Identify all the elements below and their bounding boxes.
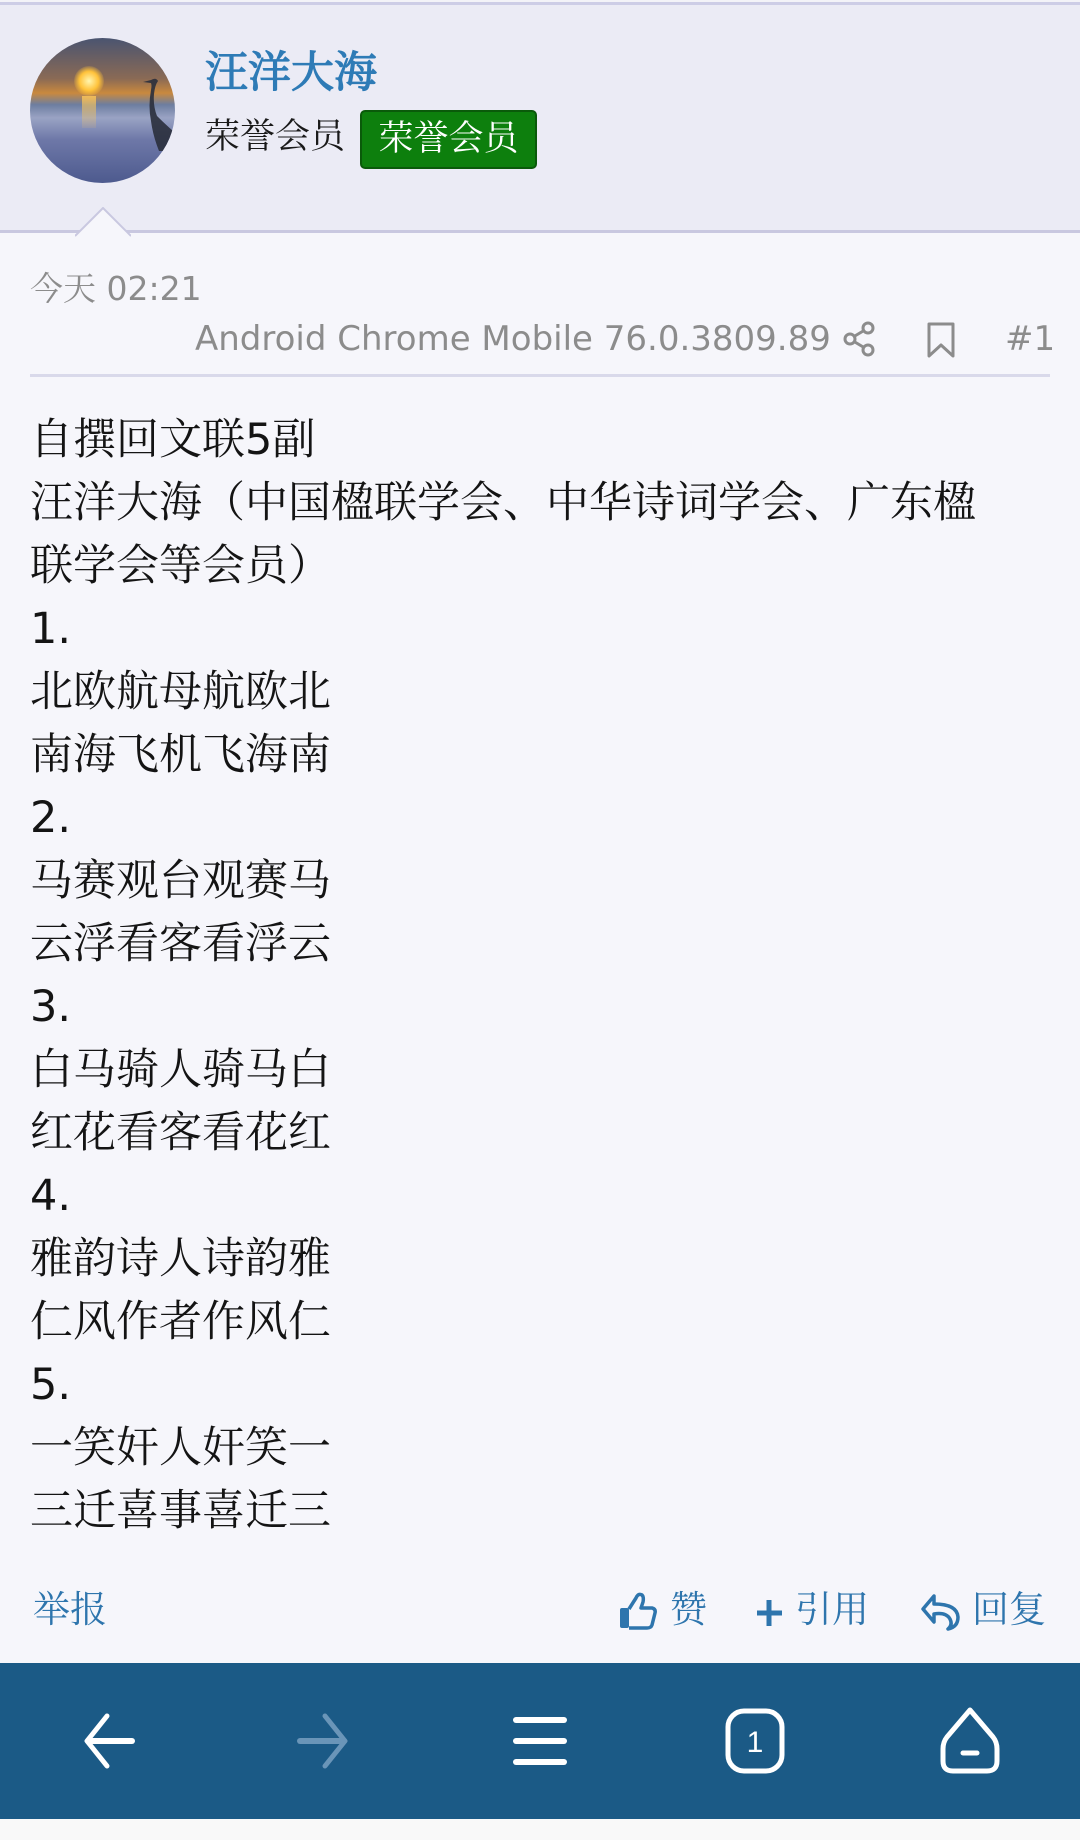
system-bottom-strip	[0, 1819, 1080, 1840]
post-line: 红花看客看花红	[30, 1102, 1050, 1165]
plus-icon	[755, 1591, 785, 1631]
post-line: 雅韵诗人诗韵雅	[30, 1228, 1050, 1291]
arrow-left-icon	[82, 1713, 136, 1769]
post-line: 联学会等会员）	[30, 535, 1050, 598]
meta-separator	[30, 374, 1050, 377]
quote-label: 引用	[795, 1584, 869, 1636]
user-title: 荣誉会员	[205, 113, 345, 161]
share-icon[interactable]	[843, 321, 877, 357]
reply-icon	[920, 1591, 962, 1631]
menu-icon	[512, 1715, 568, 1767]
reply-label: 回复	[972, 1584, 1046, 1636]
post-actions: 举报 赞 引用 回复	[0, 1584, 1080, 1636]
username-link[interactable]: 汪洋大海	[205, 45, 377, 101]
thumbs-up-icon	[618, 1591, 658, 1631]
avatar-sun	[74, 66, 104, 96]
post-line: 南海飞机飞海南	[30, 724, 1050, 787]
home-icon	[939, 1707, 1001, 1775]
avatar-heron-silhouette	[143, 76, 173, 151]
back-button[interactable]	[59, 1691, 159, 1791]
post-timestamp[interactable]: 今天 02:21	[30, 268, 202, 310]
post-line: 4.	[30, 1165, 1050, 1228]
post-line: 5.	[30, 1354, 1050, 1417]
post-line: 仁风作者作风仁	[30, 1291, 1050, 1354]
post-number-link[interactable]: #1	[1005, 318, 1055, 360]
like-label: 赞	[670, 1584, 707, 1636]
post-device-info: Android Chrome Mobile 76.0.3809.89	[195, 318, 831, 360]
avatar[interactable]	[30, 38, 175, 183]
post-line: 马赛观台观赛马	[30, 850, 1050, 913]
avatar-sun-reflection	[82, 96, 96, 128]
post-line: 一笑奸人奸笑一	[30, 1417, 1050, 1480]
bookmark-icon[interactable]	[925, 321, 957, 359]
post-line: 汪洋大海（中国楹联学会、中华诗词学会、广东楹	[30, 472, 1050, 535]
post-line: 自撰回文联5副	[30, 409, 1050, 472]
post-line: 北欧航母航欧北	[30, 661, 1050, 724]
post-line: 2.	[30, 787, 1050, 850]
tabs-icon: 1	[724, 1708, 786, 1774]
report-button[interactable]: 举报	[33, 1584, 107, 1636]
menu-button[interactable]	[490, 1691, 590, 1791]
home-button[interactable]	[920, 1691, 1020, 1791]
browser-bottom-toolbar: 1	[0, 1663, 1080, 1819]
arrow-right-icon	[296, 1713, 350, 1769]
post-line: 1.	[30, 598, 1050, 661]
post-author-header: 汪洋大海 荣誉会员 荣誉会员	[0, 2, 1080, 233]
post-line: 云浮看客看浮云	[30, 913, 1050, 976]
forward-button[interactable]	[273, 1691, 373, 1791]
post-line: 白马骑人骑马白	[30, 1039, 1050, 1102]
tabs-button[interactable]: 1	[705, 1691, 805, 1791]
post-content: 自撰回文联5副 汪洋大海（中国楹联学会、中华诗词学会、广东楹 联学会等会员） 1…	[30, 409, 1050, 1543]
member-badge: 荣誉会员	[360, 110, 537, 169]
post-line: 3.	[30, 976, 1050, 1039]
post-line: 三迁喜事喜迁三	[30, 1480, 1050, 1543]
svg-text:1: 1	[747, 1726, 764, 1759]
